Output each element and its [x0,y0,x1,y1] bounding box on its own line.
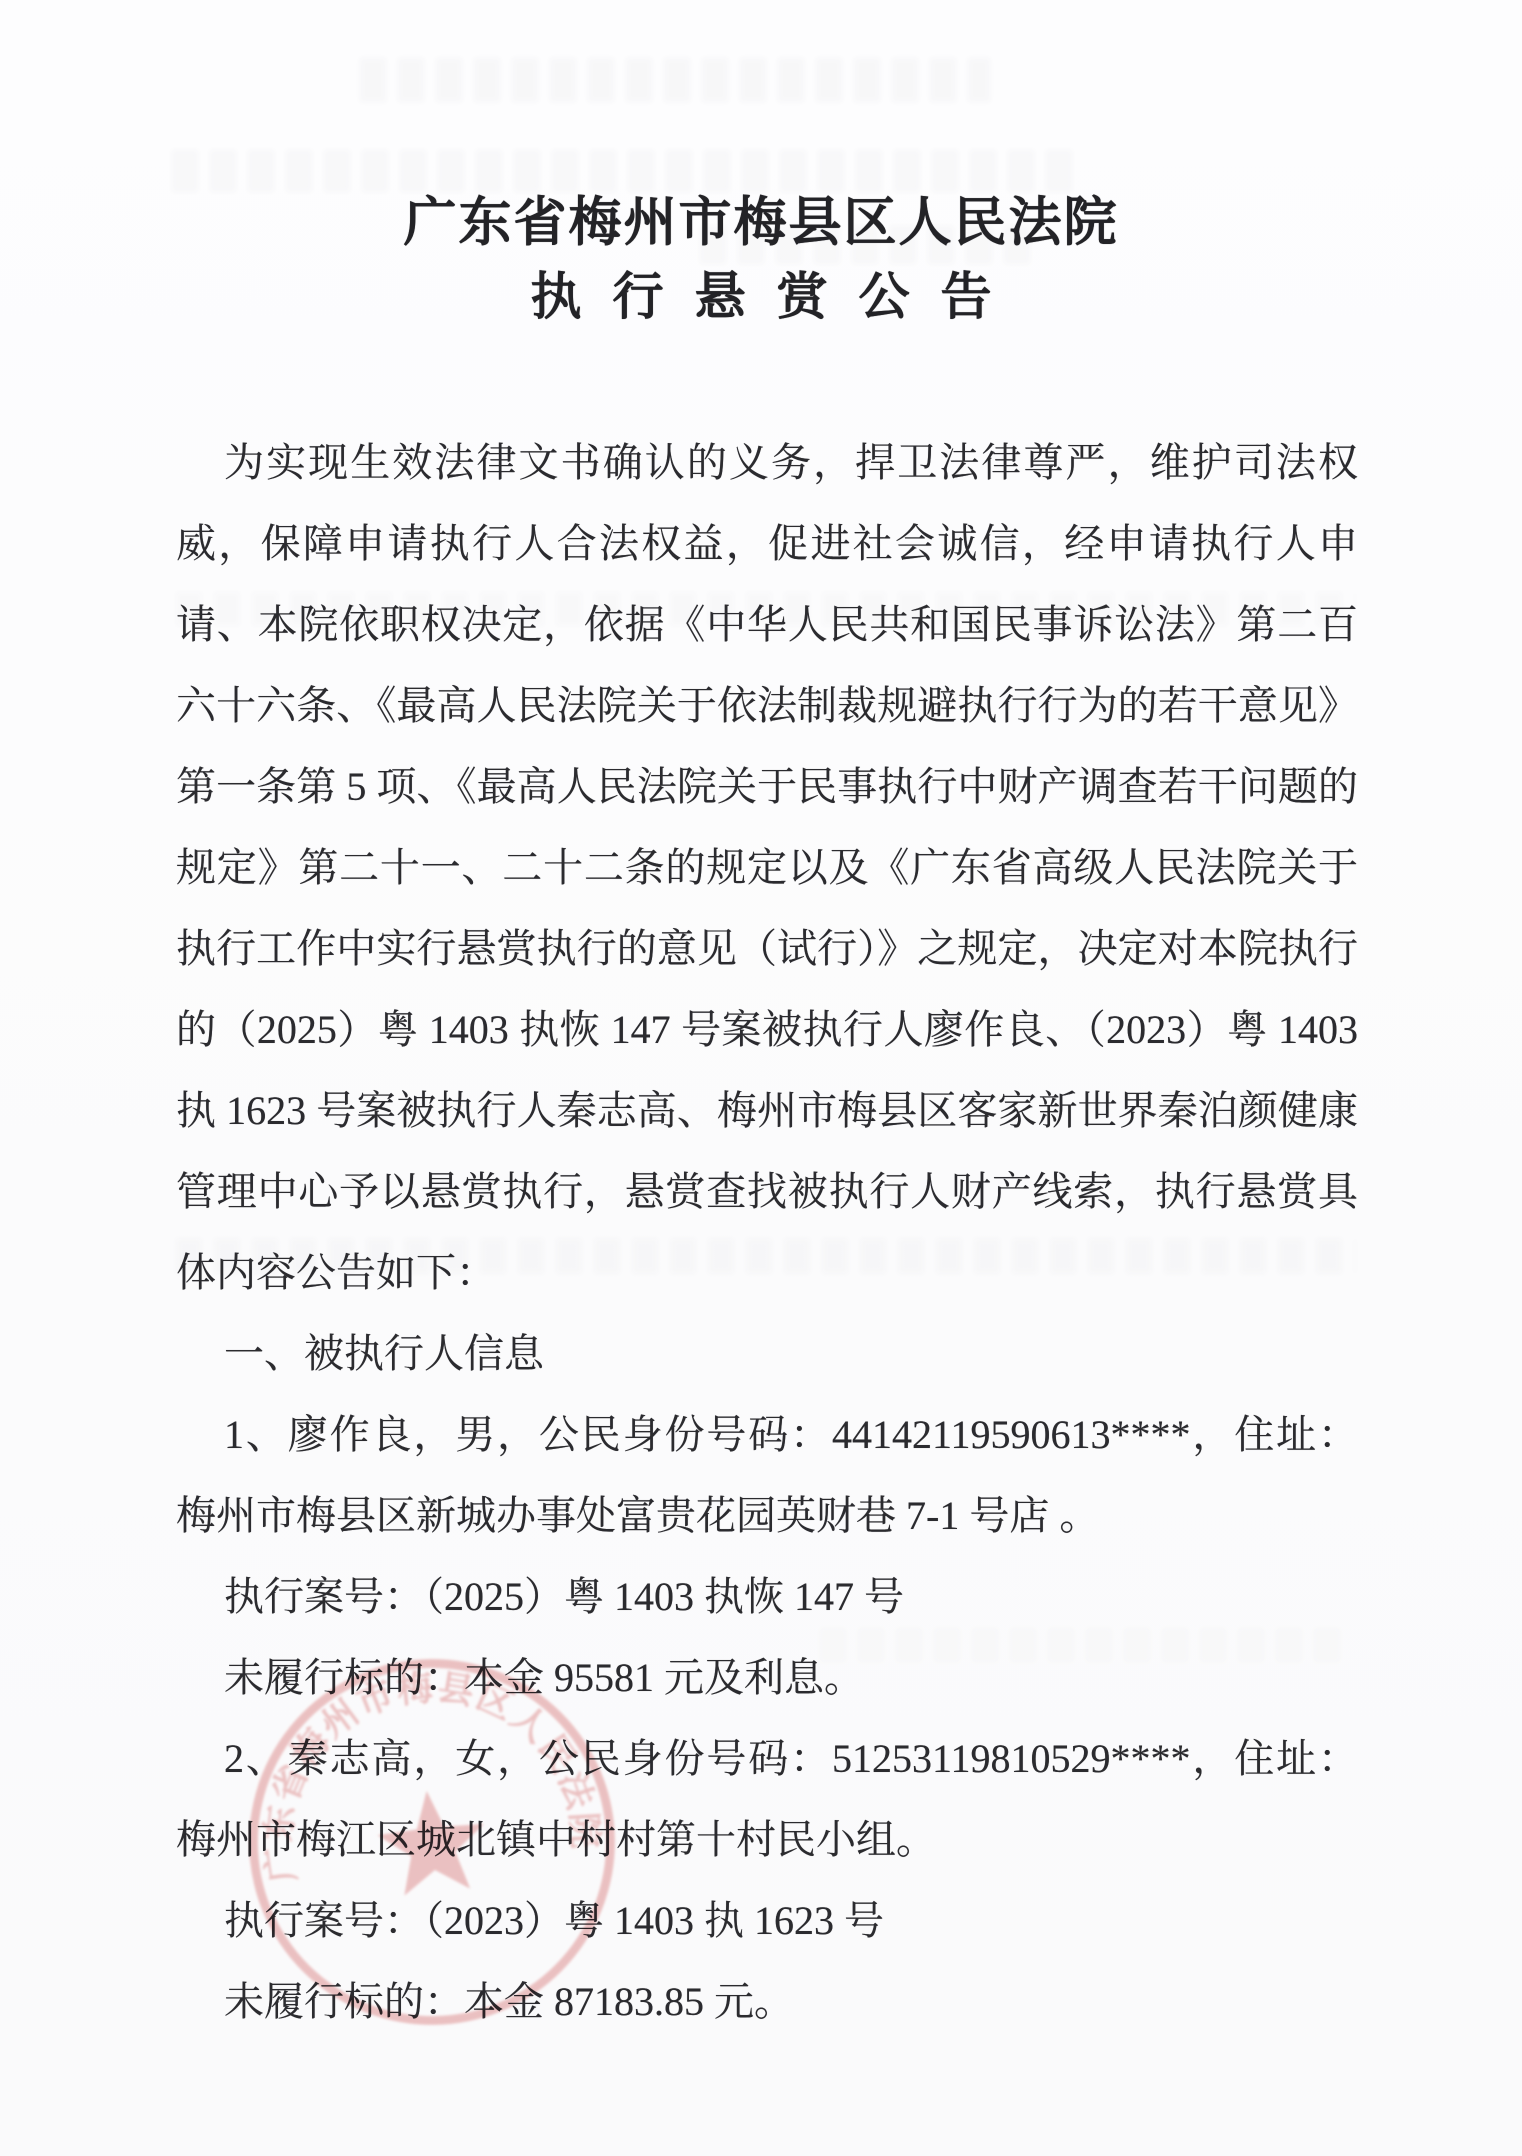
debtor2-outstanding-line: 未履行标的：本金 87183.85 元。 [176,1961,1358,2042]
document-header: 广东省梅州市梅县区人民法院 执行悬赏公告 [0,192,1522,328]
court-name-title: 广东省梅州市梅县区人民法院 [0,192,1522,254]
intro-paragraph: 为实现生效法律文书确认的义务，捍卫法律尊严，维护司法权威，保障申请执行人合法权益… [176,422,1358,1313]
debtor2-info-line: 2、秦志高，女，公民身份号码：51253119810529****，住址：梅州市… [176,1718,1358,1880]
debtor1-case-number-line: 执行案号：（2025）粤 1403 执恢 147 号 [176,1556,1358,1637]
section-one-heading: 一、被执行人信息 [176,1313,1358,1394]
scanned-document-page: 广东省梅州市梅县区人民法院 执行悬赏公告 为实现生效法律文书确认的义务，捍卫法律… [0,0,1522,2156]
document-title: 执行悬赏公告 [0,268,1522,328]
debtor1-info-line: 1、廖作良，男，公民身份号码：44142119590613****，住址：梅州市… [176,1394,1358,1556]
bleedthrough-smudge [360,58,990,102]
bleedthrough-smudge [172,150,1077,192]
document-body: 为实现生效法律文书确认的义务，捍卫法律尊严，维护司法权威，保障申请执行人合法权益… [176,422,1358,2042]
debtor1-outstanding-line: 未履行标的：本金 95581 元及利息。 [176,1637,1358,1718]
debtor2-case-number-line: 执行案号：（2023）粤 1403 执 1623 号 [176,1880,1358,1961]
